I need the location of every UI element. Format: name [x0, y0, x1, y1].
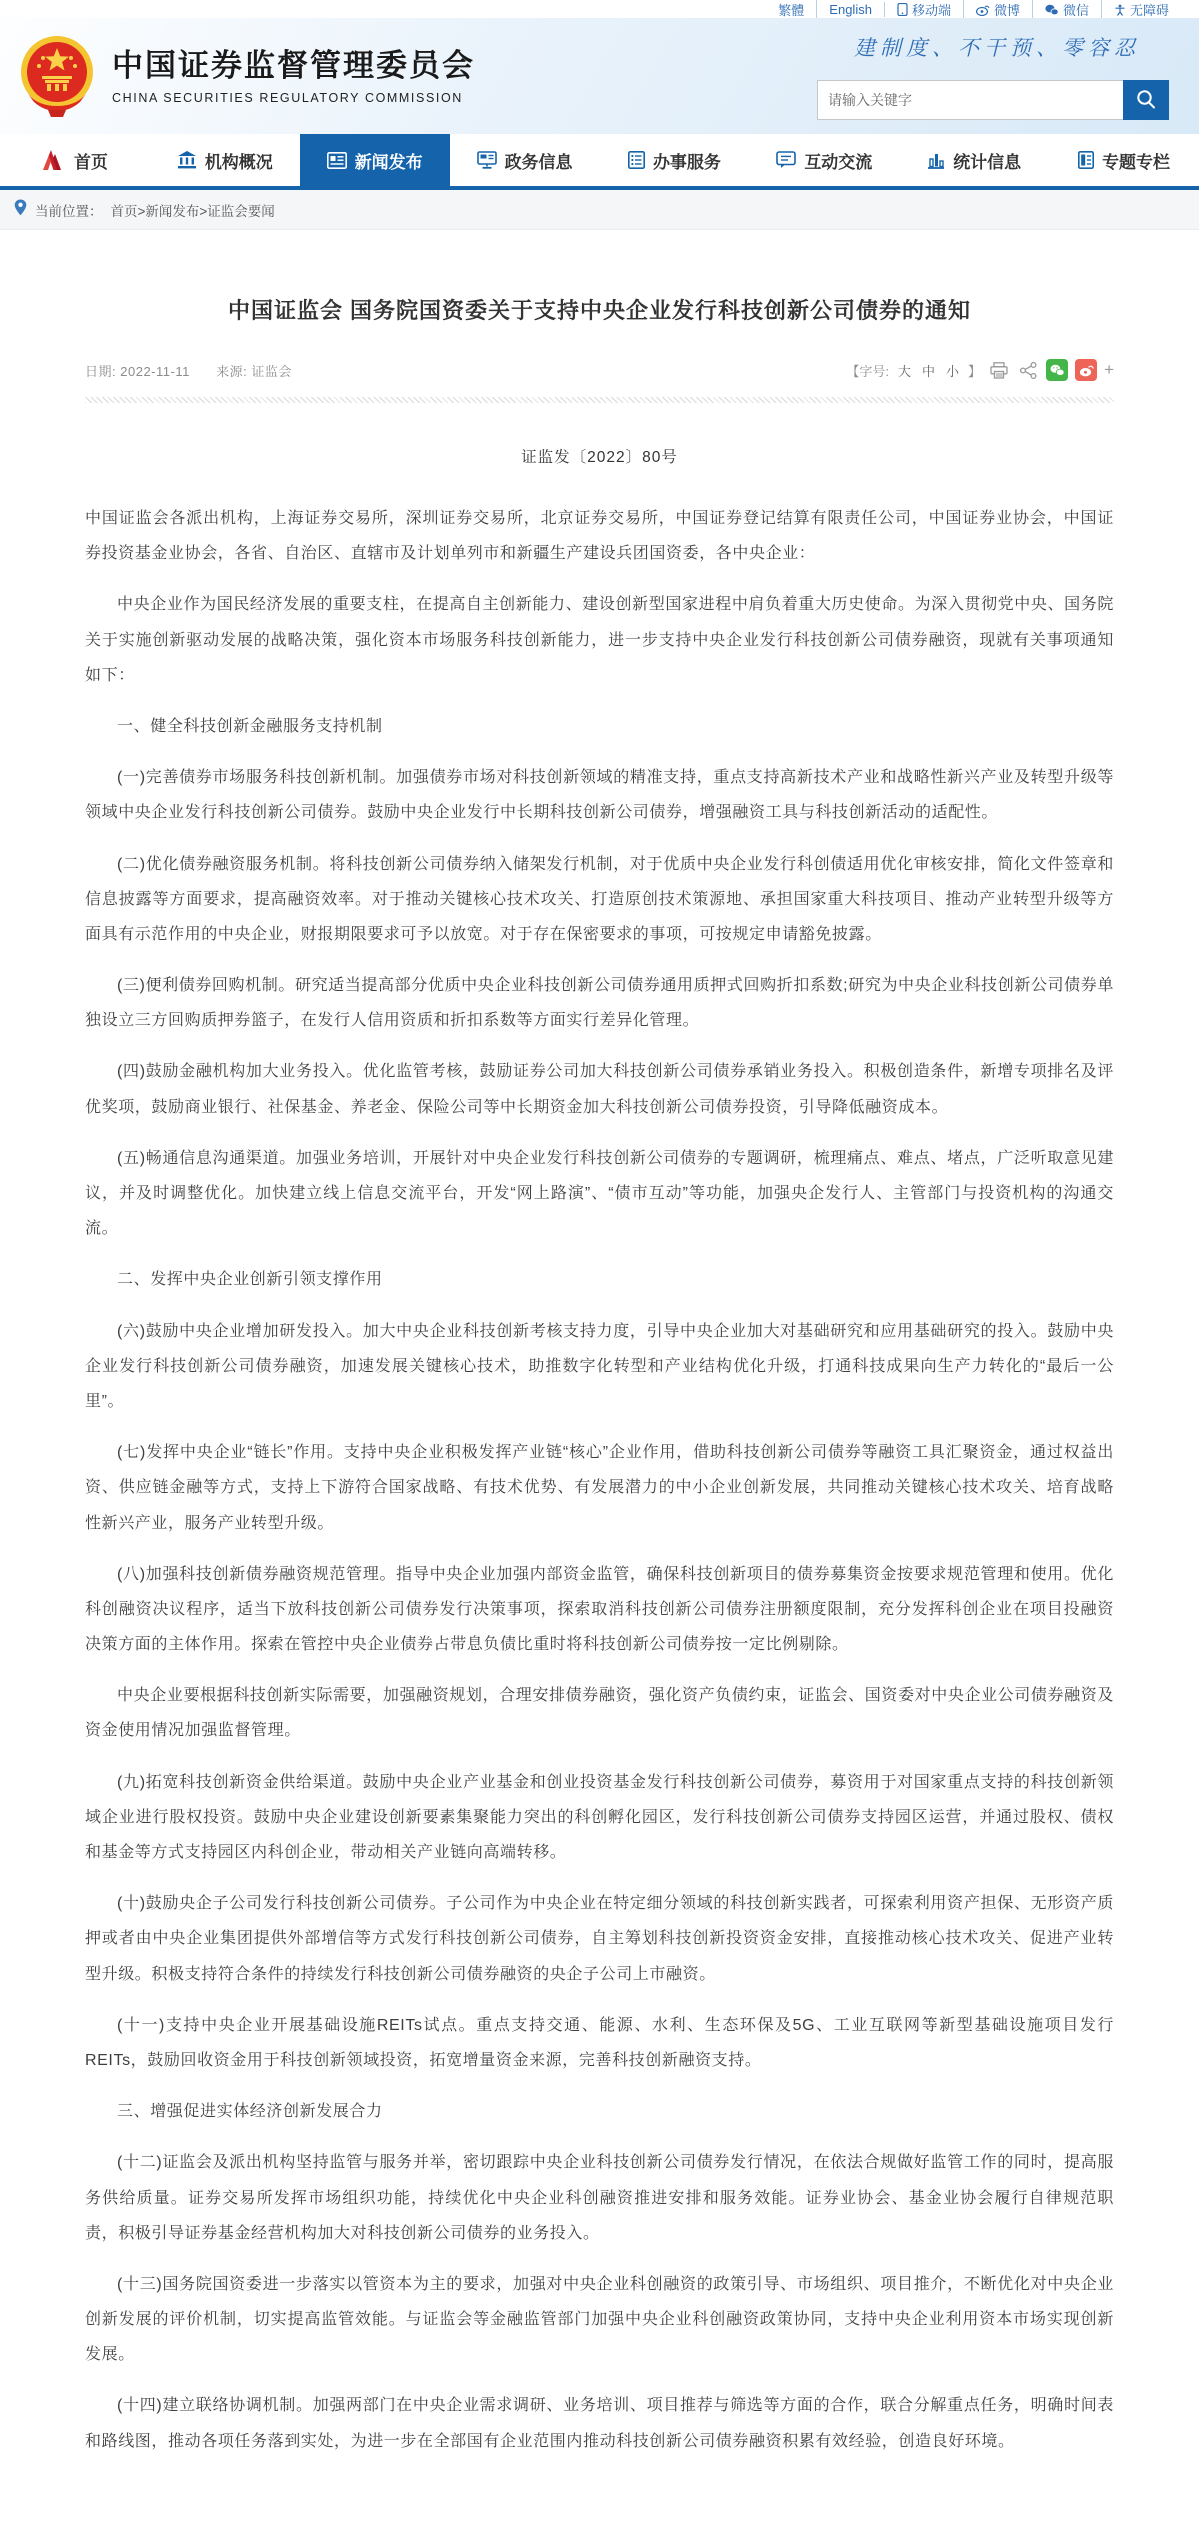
- article-paragraph: (八)加强科技创新债券融资规范管理。指导中央企业加强内部资金监管，确保科技创新项…: [85, 1557, 1114, 1663]
- mobile-icon: [897, 3, 908, 16]
- accessibility-icon: [1114, 4, 1126, 16]
- section-heading: 一、健全科技创新金融服务支持机制: [85, 709, 1114, 744]
- bar-chart-icon: [927, 151, 945, 169]
- news-icon: [327, 152, 347, 169]
- nav-statistics[interactable]: 统计信息: [899, 134, 1049, 186]
- search-input[interactable]: [817, 80, 1123, 120]
- article-paragraph: (十一)支持中央企业开展基础设施REITs试点。重点支持交通、能源、水利、生态环…: [85, 2008, 1114, 2078]
- org-name-en: CHINA SECURITIES REGULATORY COMMISSION: [112, 91, 475, 105]
- monitor-icon: [477, 151, 497, 169]
- article-paragraph: (四)鼓励金融机构加大业务投入。优化监管考核，鼓励证券公司加大科技创新公司债券承…: [85, 1054, 1114, 1124]
- hatched-divider: [85, 397, 1114, 403]
- article-paragraph: 中央企业作为国民经济发展的重要支柱，在提高自主创新能力、建设创新型国家进程中肩负…: [85, 587, 1114, 693]
- org-titles: 中国证券监督管理委员会 CHINA SECURITIES REGULATORY …: [112, 47, 475, 106]
- article-paragraph: (十二)证监会及派出机构坚持监管与服务并举，密切跟踪中央企业科技创新公司债券发行…: [85, 2145, 1114, 2251]
- article-paragraph: (二)优化债券融资服务机制。将科技创新公司债券纳入储架发行机制，对于优质中央企业…: [85, 847, 1114, 953]
- nav-news[interactable]: 新闻发布: [300, 134, 450, 186]
- article-paragraph: (十四)建立联络协调机制。加强两部门在中央企业需求调研、业务培训、项目推荐与筛选…: [85, 2388, 1114, 2458]
- article-paragraph: (三)便利债券回购机制。研究适当提高部分优质中央企业科技创新公司债券通用质押式回…: [85, 968, 1114, 1038]
- breadcrumb: 当前位置： 首页>新闻发布>证监会要闻: [0, 190, 1199, 230]
- link-mobile[interactable]: 移动端: [885, 0, 964, 18]
- main-nav: 首页 机构概况 新闻发布 政务信息 办事服务 互动交流 统计信息 专题专栏: [0, 134, 1199, 190]
- site-brand[interactable]: 中国证券监督管理委员会 CHINA SECURITIES REGULATORY …: [18, 34, 475, 118]
- location-pin-icon: [14, 199, 27, 221]
- font-size-medium-button[interactable]: 中: [920, 361, 937, 380]
- article-meta: 日期: 2022-11-11 来源: 证监会: [85, 361, 292, 380]
- font-size-small-button[interactable]: 小: [944, 361, 961, 380]
- csrc-page: 繁體 English 移动端 微博 微信 无障碍: [0, 0, 1199, 2545]
- breadcrumb-path[interactable]: 首页>新闻发布>证监会要闻: [111, 200, 275, 220]
- article-paragraph: 中国证监会各派出机构，上海证券交易所，深圳证券交易所，北京证券交易所，中国证券登…: [85, 501, 1114, 571]
- article-paragraph: (五)畅通信息沟通渠道。加强业务培训，开展针对中央企业发行科技创新公司债券的专题…: [85, 1141, 1114, 1247]
- nav-gov-info[interactable]: 政务信息: [450, 134, 600, 186]
- national-emblem-logo: [18, 34, 96, 118]
- weibo-icon: [976, 4, 990, 16]
- org-name-cn: 中国证券监督管理委员会: [112, 47, 475, 86]
- column-icon: [1078, 151, 1094, 169]
- link-english[interactable]: English: [817, 2, 885, 17]
- source-value: 证监会: [251, 364, 292, 379]
- source-label: 来源:: [216, 364, 247, 379]
- page-title: 中国证监会 国务院国资委关于支持中央企业发行科技创新公司债券的通知: [85, 294, 1114, 325]
- more-share-button[interactable]: +: [1104, 360, 1114, 380]
- article-paragraph: (一)完善债券市场服务科技创新机制。加强债券市场对科技创新领域的精准支持，重点支…: [85, 760, 1114, 830]
- article-paragraph: (九)拓宽科技创新资金供给渠道。鼓励中央企业产业基金和创业投资基金发行科技创新公…: [85, 1765, 1114, 1871]
- font-size-large-button[interactable]: 大: [896, 361, 913, 380]
- article-body: 中国证监会各派出机构，上海证券交易所，深圳证券交易所，北京证券交易所，中国证券登…: [85, 501, 1114, 2459]
- nav-about[interactable]: 机构概况: [150, 134, 300, 186]
- csrc-logo-icon: [42, 150, 66, 170]
- link-weibo[interactable]: 微博: [964, 0, 1033, 18]
- section-heading: 二、发挥中央企业创新引领支撑作用: [85, 1262, 1114, 1297]
- breadcrumb-label: 当前位置：: [35, 200, 103, 220]
- nav-special-columns[interactable]: 专题专栏: [1049, 134, 1199, 186]
- date-label: 日期:: [85, 364, 116, 379]
- nav-interaction[interactable]: 互动交流: [749, 134, 899, 186]
- date-value: 2022-11-11: [120, 364, 190, 379]
- search-button[interactable]: [1123, 80, 1169, 120]
- bank-icon: [177, 151, 197, 169]
- site-slogan: 建制度、不干预、零容忍: [817, 32, 1177, 62]
- print-button[interactable]: [988, 359, 1010, 381]
- share-weibo-button[interactable]: [1075, 359, 1097, 381]
- share-button[interactable]: [1017, 359, 1039, 381]
- font-size-prefix: 【字号:: [846, 361, 889, 380]
- top-utility-bar: 繁體 English 移动端 微博 微信 无障碍: [0, 0, 1199, 18]
- article-meta-row: 日期: 2022-11-11 来源: 证监会 【字号: 大 中 小 】 +: [85, 359, 1114, 381]
- chat-icon: [776, 151, 796, 169]
- link-accessibility[interactable]: 无障碍: [1102, 0, 1181, 18]
- article-paragraph: (六)鼓励中央企业增加研发投入。加大中央企业科技创新考核支持力度，引导中央企业加…: [85, 1314, 1114, 1420]
- article: 中国证监会 国务院国资委关于支持中央企业发行科技创新公司债券的通知 日期: 20…: [0, 230, 1199, 2545]
- article-paragraph: (十)鼓励央企子公司发行科技创新公司债券。子公司作为中央企业在特定细分领域的科技…: [85, 1886, 1114, 1992]
- checklist-icon: [628, 151, 645, 169]
- document-number: 证监发〔2022〕80号: [85, 445, 1114, 467]
- nav-services[interactable]: 办事服务: [600, 134, 750, 186]
- site-header: 中国证券监督管理委员会 CHINA SECURITIES REGULATORY …: [0, 18, 1199, 134]
- nav-home[interactable]: 首页: [0, 134, 150, 186]
- section-heading: 三、增强促进实体经济创新发展合力: [85, 2094, 1114, 2129]
- link-wechat[interactable]: 微信: [1033, 0, 1102, 18]
- article-paragraph: (十三)国务院国资委进一步落实以管资本为主的要求，加强对中央企业科创融资的政策引…: [85, 2267, 1114, 2373]
- article-paragraph: 中央企业要根据科技创新实际需要，加强融资规划，合理安排债券融资，强化资产负债约束…: [85, 1678, 1114, 1748]
- share-wechat-button[interactable]: [1046, 359, 1068, 381]
- link-traditional-chinese[interactable]: 繁體: [766, 0, 817, 18]
- search-icon: [1135, 88, 1157, 113]
- font-size-suffix: 】: [968, 361, 981, 380]
- article-paragraph: (七)发挥中央企业“链长”作用。支持中央企业积极发挥产业链“核心”企业作用，借助…: [85, 1435, 1114, 1541]
- site-search: [817, 80, 1169, 120]
- wechat-icon: [1045, 4, 1059, 16]
- article-tools: 【字号: 大 中 小 】 +: [846, 359, 1114, 381]
